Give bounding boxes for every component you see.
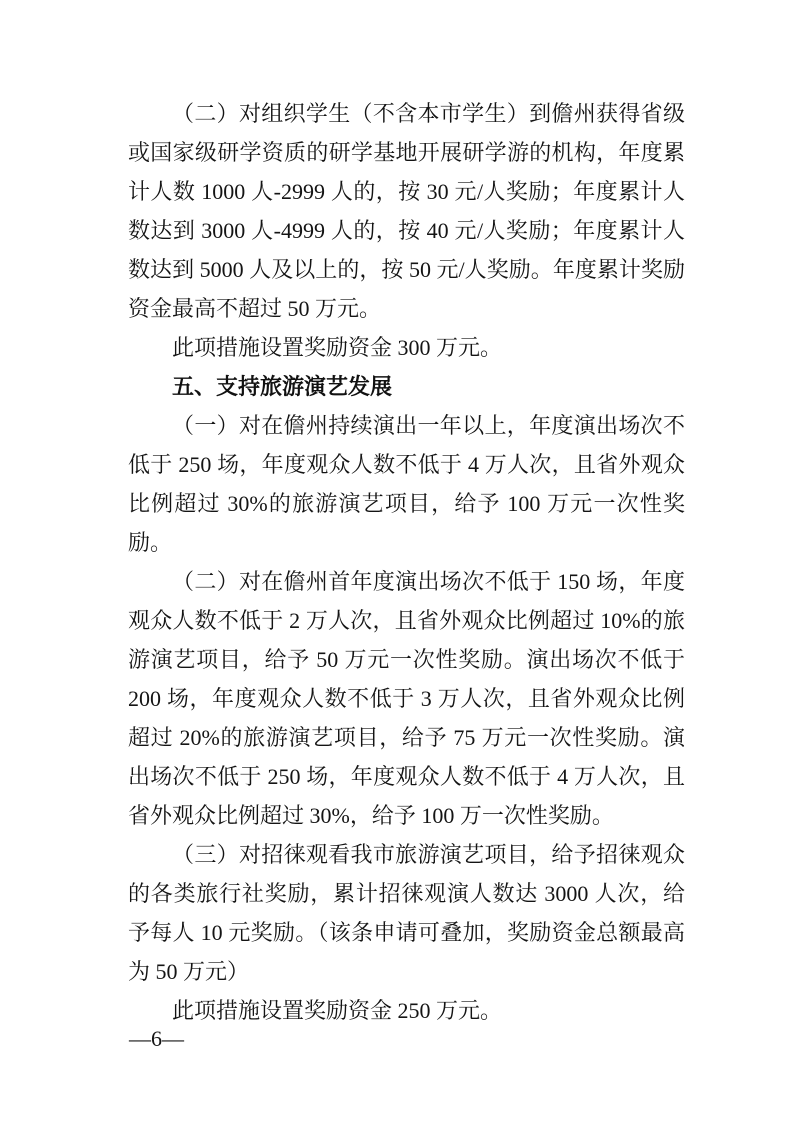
page-number: —6— <box>129 1026 184 1052</box>
paragraph-item-2-first-year-performance: （二）对在儋州首年度演出场次不低于 150 场，年度观众人数不低于 2 万人次，… <box>128 562 685 835</box>
paragraph-measure-fund-250w: 此项措施设置奖励资金 250 万元。 <box>128 991 685 1030</box>
paragraph-item-1-continuous-performance: （一）对在儋州持续演出一年以上，年度演出场次不低于 250 场，年度观众人数不低… <box>128 406 685 562</box>
document-body: （二）对组织学生（不含本市学生）到儋州获得省级或国家级研学资质的研学基地开展研学… <box>128 94 685 1030</box>
paragraph-research-study-reward: （二）对组织学生（不含本市学生）到儋州获得省级或国家级研学资质的研学基地开展研学… <box>128 94 685 328</box>
document-page: （二）对组织学生（不含本市学生）到儋州获得省级或国家级研学资质的研学基地开展研学… <box>0 0 800 1131</box>
paragraph-measure-fund-300w: 此项措施设置奖励资金 300 万元。 <box>128 328 685 367</box>
paragraph-item-3-travel-agency-reward: （三）对招徕观看我市旅游演艺项目，给予招徕观众的各类旅行社奖励，累计招徕观演人数… <box>128 835 685 991</box>
heading-section-5-tourism-performance: 五、支持旅游演艺发展 <box>128 367 685 406</box>
